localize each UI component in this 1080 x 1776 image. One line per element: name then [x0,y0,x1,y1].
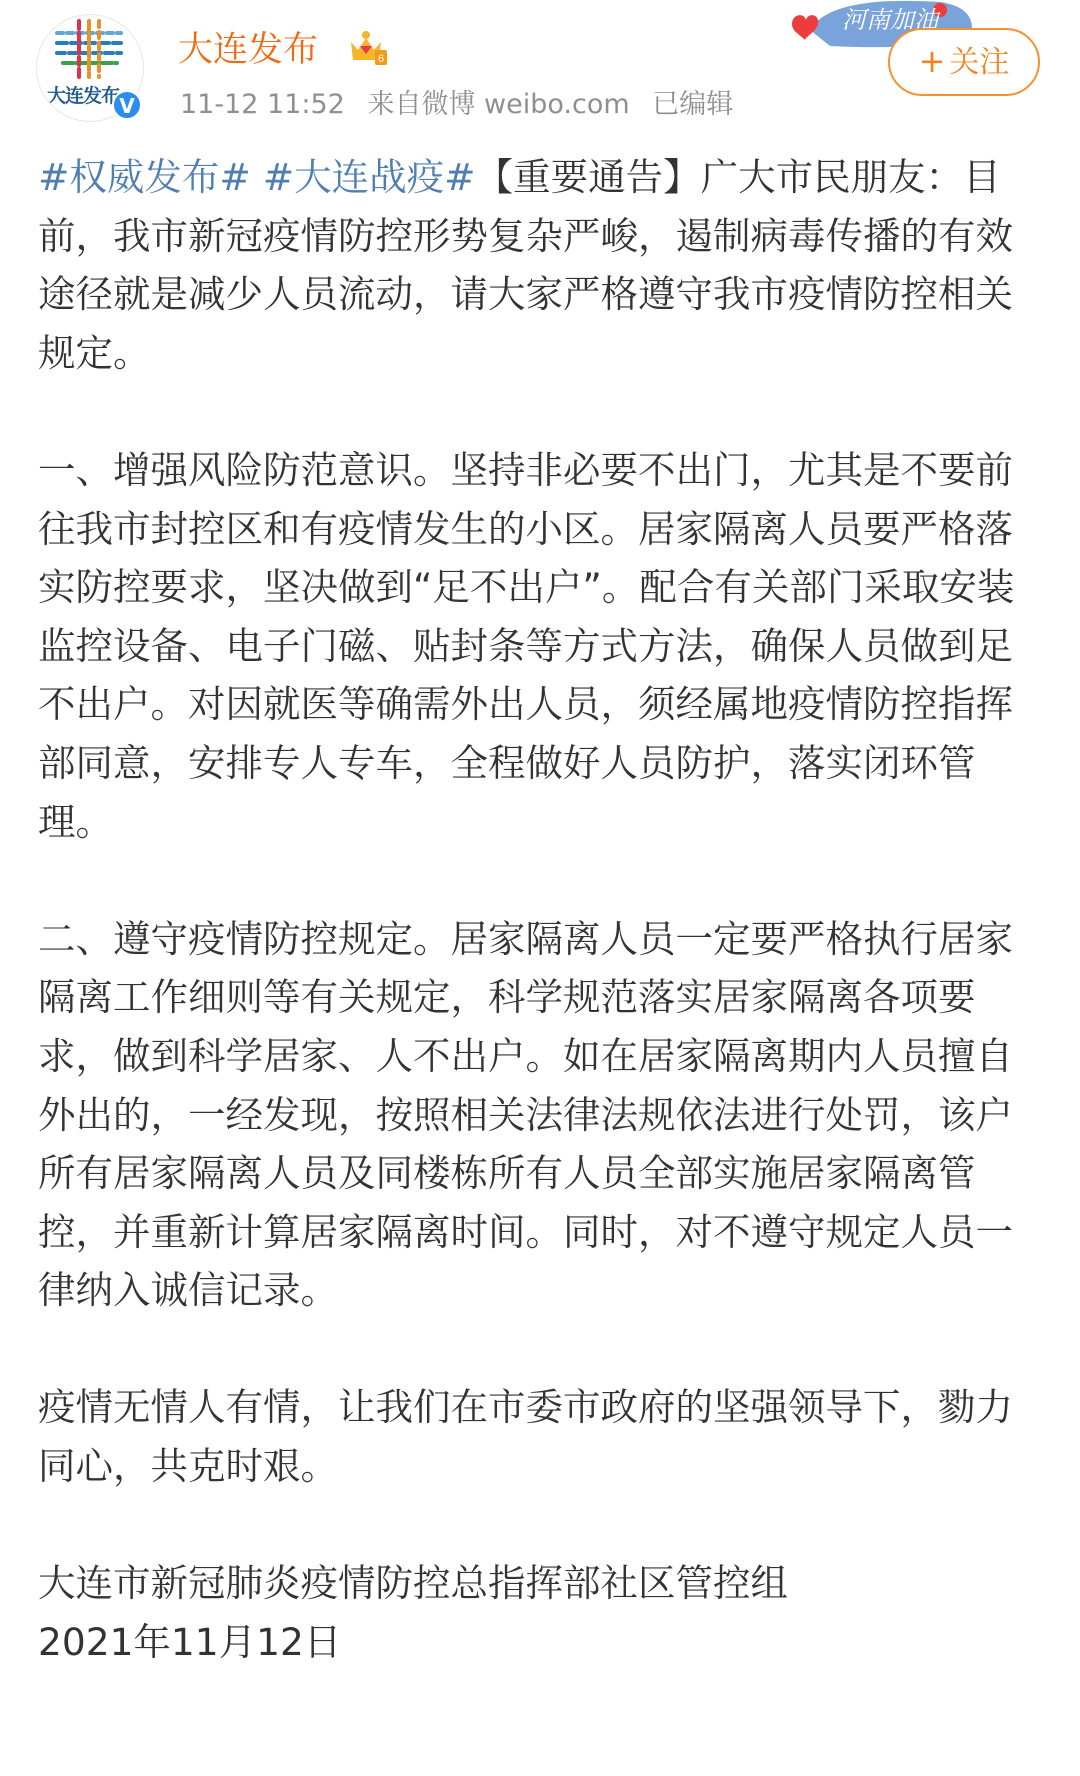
post-content: #权威发布# #大连战疫#【重要通告】广大市民朋友：目前，我市新冠疫情防控形势复… [38,148,1048,1671]
post-source[interactable]: 来自微博 weibo.com [367,89,629,120]
topic-link[interactable]: #权威发布# [38,155,251,199]
topic-link[interactable]: #大连战疫# [263,155,476,199]
follow-label: 关注 [949,45,1009,80]
post-time: 11-12 11:52 [180,89,345,120]
intro-paragraph: #权威发布# #大连战疫#【重要通告】广大市民朋友：目前，我市新冠疫情防控形势复… [38,148,1048,382]
verified-icon: V [112,90,142,120]
post-meta: 11-12 11:52 来自微博 weibo.com 已编辑 [180,82,747,121]
edited-label[interactable]: 已编辑 [652,89,733,120]
post-header: 大连发布 V 大连发布 6 11-12 11:52 来自微博 weibo.com… [0,0,1080,130]
svg-text:6: 6 [378,53,384,65]
closing-paragraph: 疫情无情人有情，让我们在市委市政府的坚强领导下，勠力同心，共克时艰。 [38,1378,1048,1495]
avatar-label: 大连发布 [47,81,119,108]
post-date: 2021年11月12日 [38,1613,1048,1672]
section-1-paragraph: 一、增强风险防范意识。坚持非必要不出门，尤其是不要前往我市封控区和有疫情发生的小… [38,441,1048,851]
section-2-paragraph: 二、遵守疫情防控规定。居家隔离人员一定要严格执行居家隔离工作细则等有关规定，科学… [38,910,1048,1320]
follow-button[interactable]: +关注 [888,28,1040,96]
signature: 大连市新冠肺炎疫情防控总指挥部社区管控组 [38,1554,1048,1613]
plus-icon: + [919,42,946,80]
crown-badge-icon[interactable]: 6 [348,30,388,66]
username[interactable]: 大连发布 [178,22,318,72]
